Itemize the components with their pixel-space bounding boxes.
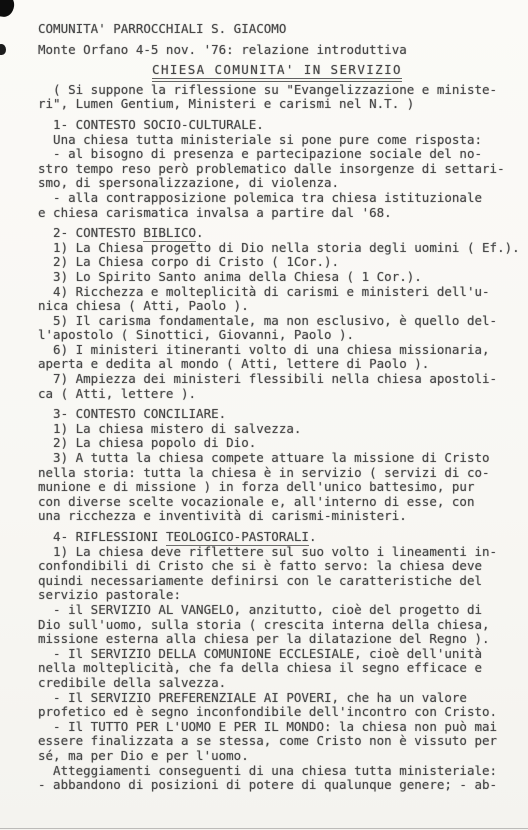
text-line: 1) La chiesa deve riflettere sul suo vol…	[38, 545, 516, 560]
section-heading: 2- CONTESTO BIBLICO.	[38, 226, 516, 241]
text-line: missione esterna alla chiesa per la dila…	[38, 632, 516, 647]
text-line: ( Si suppone la riflessione su "Evangeli…	[38, 83, 516, 98]
document-text: COMUNITA' PARROCCHIALI S. GIACOMOMonte O…	[38, 22, 516, 793]
text-line: - il SERVIZIO AL VANGELO, anzitutto, cio…	[38, 603, 516, 618]
text-line: 3- CONTESTO CONCILIARE.	[38, 407, 516, 422]
text-line: essere finalizzata a se stessa, come Cri…	[38, 734, 516, 749]
text-line: - abbandono di posizioni di potere di qu…	[38, 778, 516, 793]
text-line: munione e di missione ) in forza dell'un…	[38, 480, 516, 495]
text-line: aperta e dedita al mondo ( Atti, lettere…	[38, 357, 516, 372]
text-line: confondibili di Cristo che si è fatto se…	[38, 559, 516, 574]
text-line: Una chiesa tutta ministeriale si pone pu…	[38, 133, 516, 148]
text-line: smo, di spersonalizzazione, di violenza.	[38, 176, 516, 191]
scan-bottom-edge-artifact	[0, 828, 528, 829]
text-line: credibile della salvezza.	[38, 676, 516, 691]
text-line: l'apostolo ( Sinottici, Giovanni, Paolo …	[38, 328, 516, 343]
text-line: sé, ma per Dio e per l'uomo.	[38, 749, 516, 764]
section-heading: 4- RIFLESSIONI TEOLOGICO-PASTORALI.	[38, 530, 516, 545]
text-line: nica chiesa ( Atti, Paolo ).	[38, 299, 516, 314]
text-line: - Il SERVIZIO DELLA COMUNIONE ECCLESIALE…	[38, 647, 516, 662]
text-line: 1) La chiesa mistero di salvezza.	[38, 422, 516, 437]
text-line: 1) La Chiesa progetto di Dio nella stori…	[38, 241, 516, 256]
text-line: 2) La chiesa popolo di Dio.	[38, 436, 516, 451]
text-line: nella molteplicità, che fa della chiesa …	[38, 661, 516, 676]
text-line: 1- CONTESTO SOCIO-CULTURALE.	[38, 118, 516, 133]
text-line: 2) La Chiesa corpo di Cristo ( 1Cor.).	[38, 255, 516, 270]
text-line: ca ( Atti, lettere ).	[38, 387, 516, 402]
document-title-text: CHIESA COMUNITA' IN SERVIZIO	[152, 62, 402, 82]
text-line: Monte Orfano 4-5 nov. '76: relazione int…	[38, 43, 516, 58]
text-line: 4) Ricchezza e molteplicità di carismi e…	[38, 285, 516, 300]
text-line: profetico ed è segno inconfondibile dell…	[38, 705, 516, 720]
text-line: 5) Il carisma fondamentale, ma non esclu…	[38, 314, 516, 329]
text-line: quindi necessariamente definirsi con le …	[38, 574, 516, 589]
text-line: Dio sull'uomo, sulla storia ( crescita i…	[38, 618, 516, 633]
text-line: - Il SERVIZIO PREFERENZIALE AI POVERI, c…	[38, 691, 516, 706]
text-line: servizio pastorale:	[38, 588, 516, 603]
text-line: - alla contrapposizione polemica tra chi…	[38, 191, 516, 206]
text-line: nella storia: tutta la chiesa è in servi…	[38, 466, 516, 481]
text-line: ri", Lumen Gentium, Ministeri e carismi …	[38, 97, 516, 112]
scan-ink-blot-artifact	[0, 0, 15, 18]
document-title: CHIESA COMUNITA' IN SERVIZIO	[38, 63, 516, 78]
text-line: - Il TUTTO PER L'UOMO E PER IL MONDO: la…	[38, 720, 516, 735]
text-line: stro tempo reso però problematico dalle …	[38, 162, 516, 177]
text-line: 3) A tutta la chiesa compete attuare la …	[38, 451, 516, 466]
text-line: 3) Lo Spirito Santo anima della Chiesa (…	[38, 270, 516, 285]
text-line: con diverse scelte vocazionale e, all'in…	[38, 495, 516, 510]
scanned-document-page: COMUNITA' PARROCCHIALI S. GIACOMOMonte O…	[0, 0, 528, 830]
text-line: - al bisogno di presenza e partecipazion…	[38, 147, 516, 162]
text-line: 7) Ampiezza dei ministeri flessibili nel…	[38, 372, 516, 387]
text-line: una ricchezza e inventività di carismi-m…	[38, 509, 516, 524]
scan-ink-dot-artifact	[0, 44, 6, 55]
text-line: 6) I ministeri itineranti volto di una c…	[38, 343, 516, 358]
text-line: Atteggiamenti conseguenti di una chiesa …	[38, 764, 516, 779]
text-line: COMUNITA' PARROCCHIALI S. GIACOMO	[38, 22, 516, 37]
text-line: e chiesa carismatica invalsa a partire d…	[38, 206, 516, 221]
